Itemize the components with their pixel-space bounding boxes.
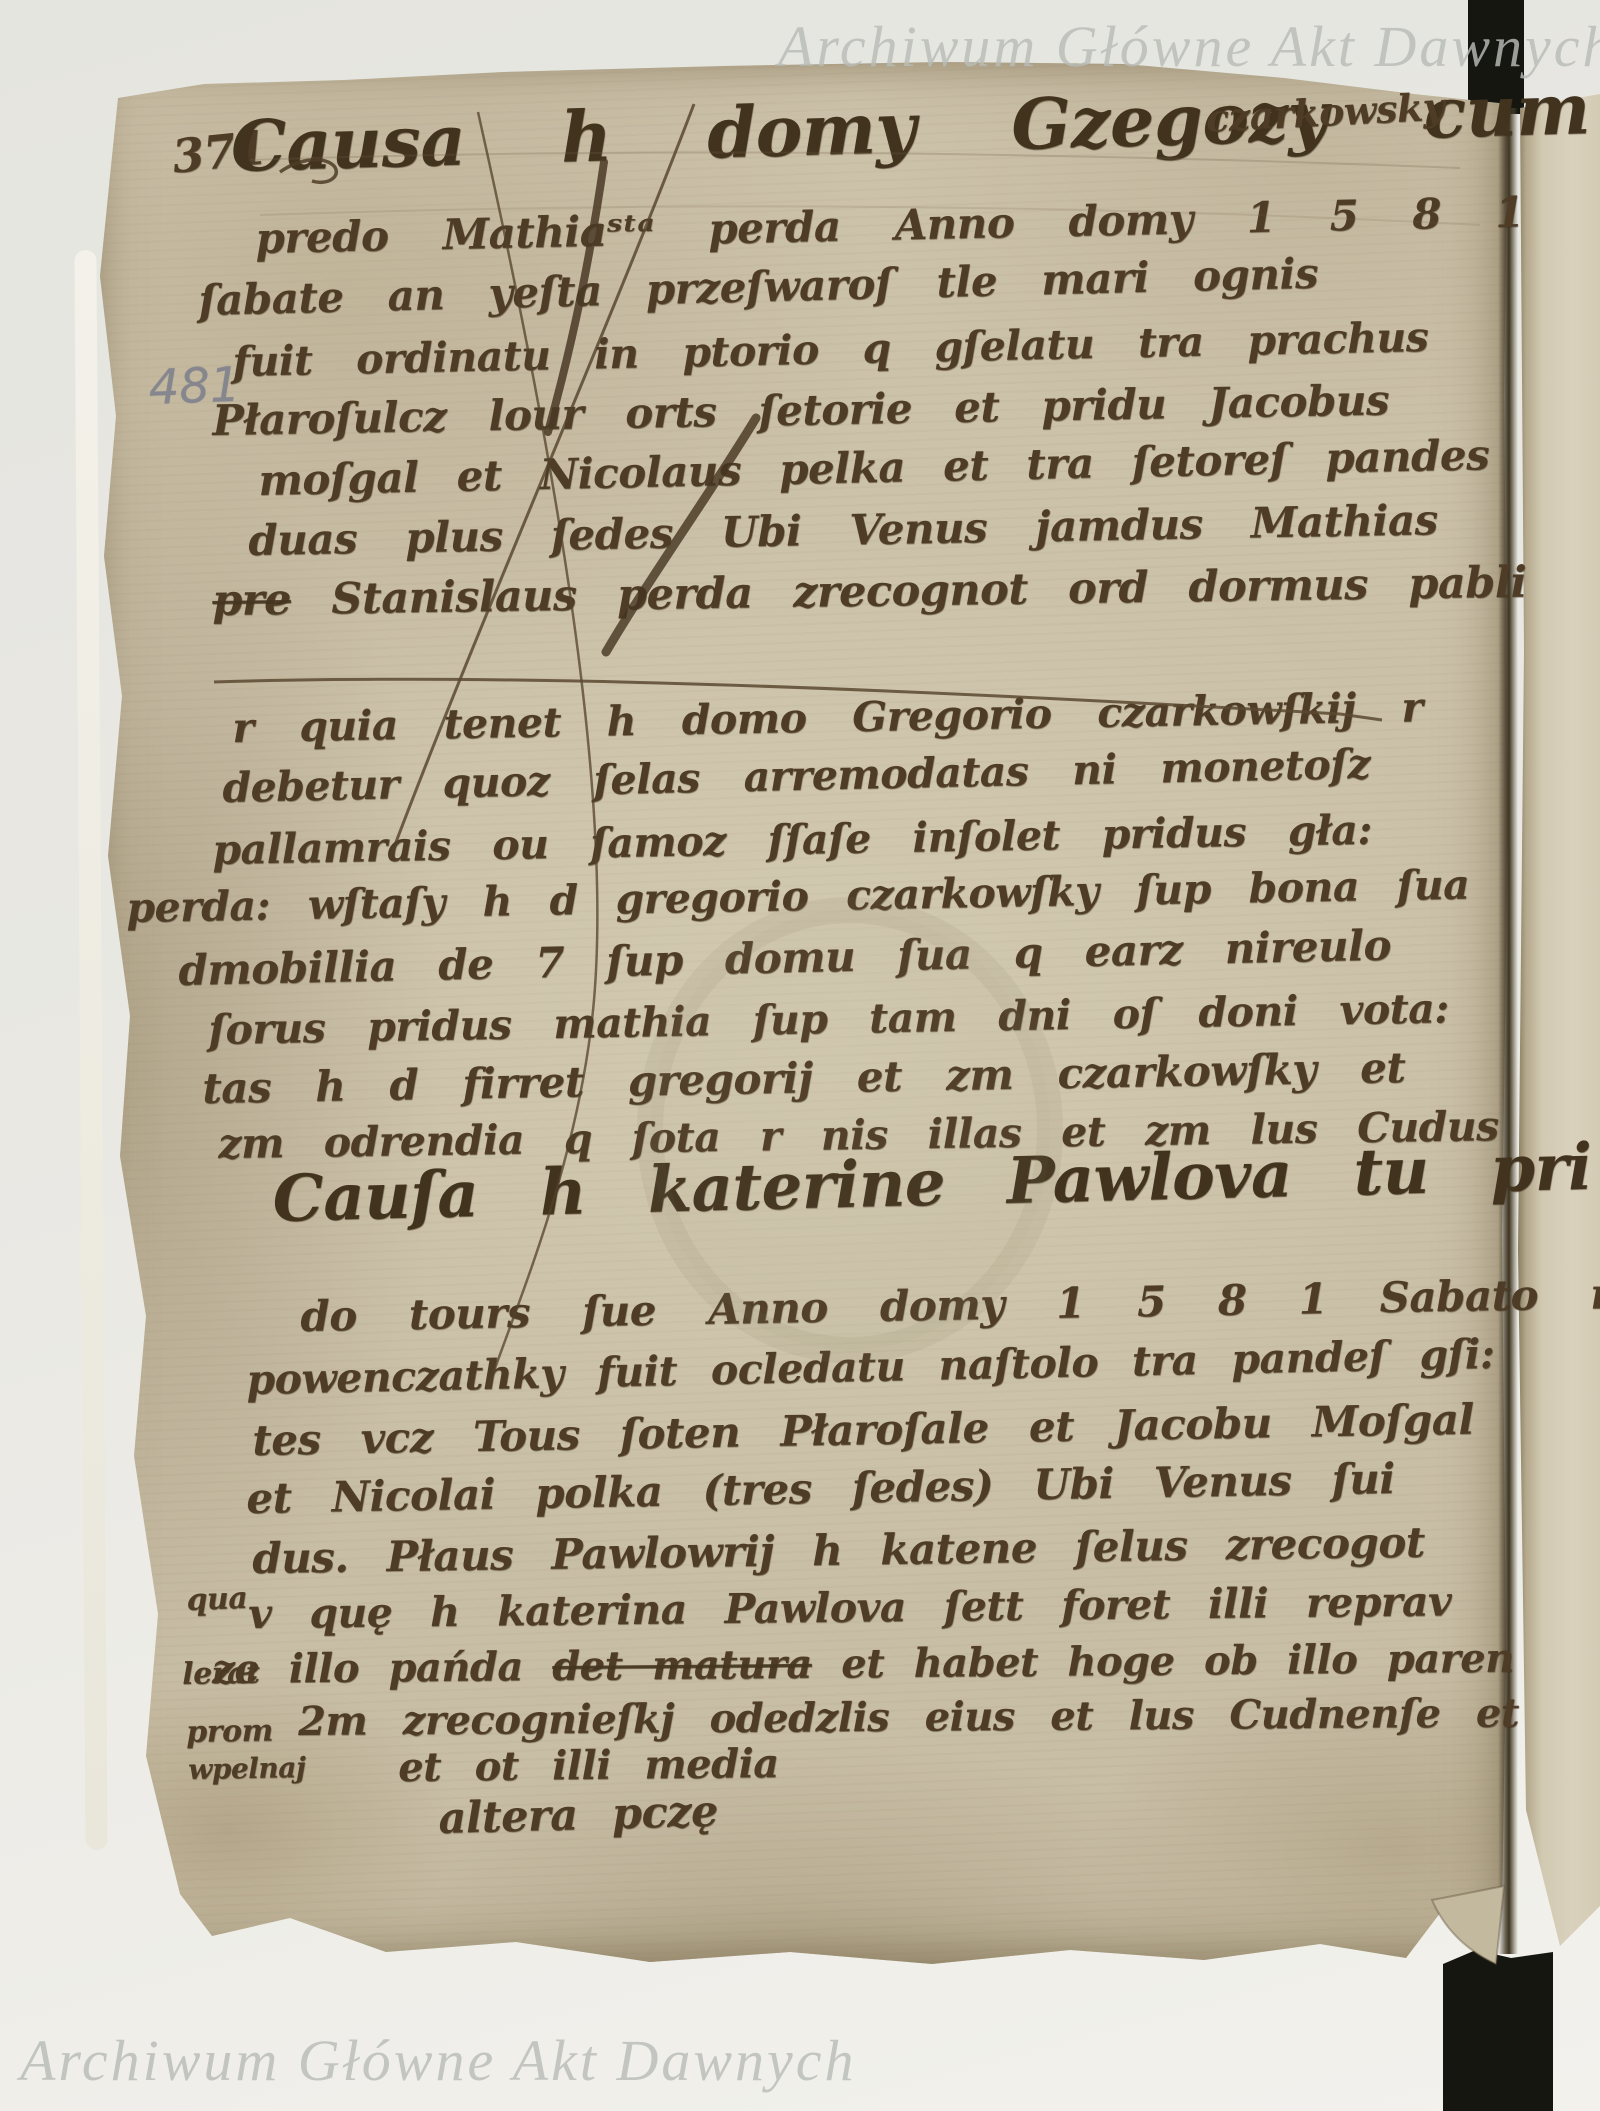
entry2-line: altera pczę <box>438 1791 718 1841</box>
archive-watermark-top: Archiwum Główne Akt Dawnych <box>778 18 1600 76</box>
margin-note: prom <box>186 1716 273 1748</box>
entry2-line: et ot illi media <box>398 1744 779 1788</box>
entry1-struck-word: pre <box>212 575 291 626</box>
entry2-line7-rest: et habet hoge ob illo paren <box>812 1635 1514 1688</box>
margin-note: qua <box>186 1584 248 1616</box>
entry2-struck-words: det matura <box>552 1641 812 1690</box>
margin-note: wpelnaj <box>188 1754 306 1784</box>
entry2-line-with-strike: ze illo pańda det matura et habet hoge o… <box>212 1639 1514 1690</box>
under-page-edge <box>74 250 107 1850</box>
entry2-line: 2m zrecognieſkj odedzlis eius et lus Cud… <box>298 1693 1519 1742</box>
entry2-line7-lead: ze illo pańda <box>212 1643 552 1693</box>
archive-watermark-bottom: Archiwum Główne Akt Dawnych <box>20 2032 857 2090</box>
adjacent-page-edge <box>1516 50 1600 1950</box>
binding-strip-bottom <box>1443 1948 1553 2111</box>
entry2-line: v quę h katerina Pawlova ſett foret illi… <box>248 1581 1452 1635</box>
scanned-manuscript-view: { "document": { "kind": "Handwritten cou… <box>0 0 1600 2111</box>
margin-note: lerat <box>182 1659 260 1690</box>
